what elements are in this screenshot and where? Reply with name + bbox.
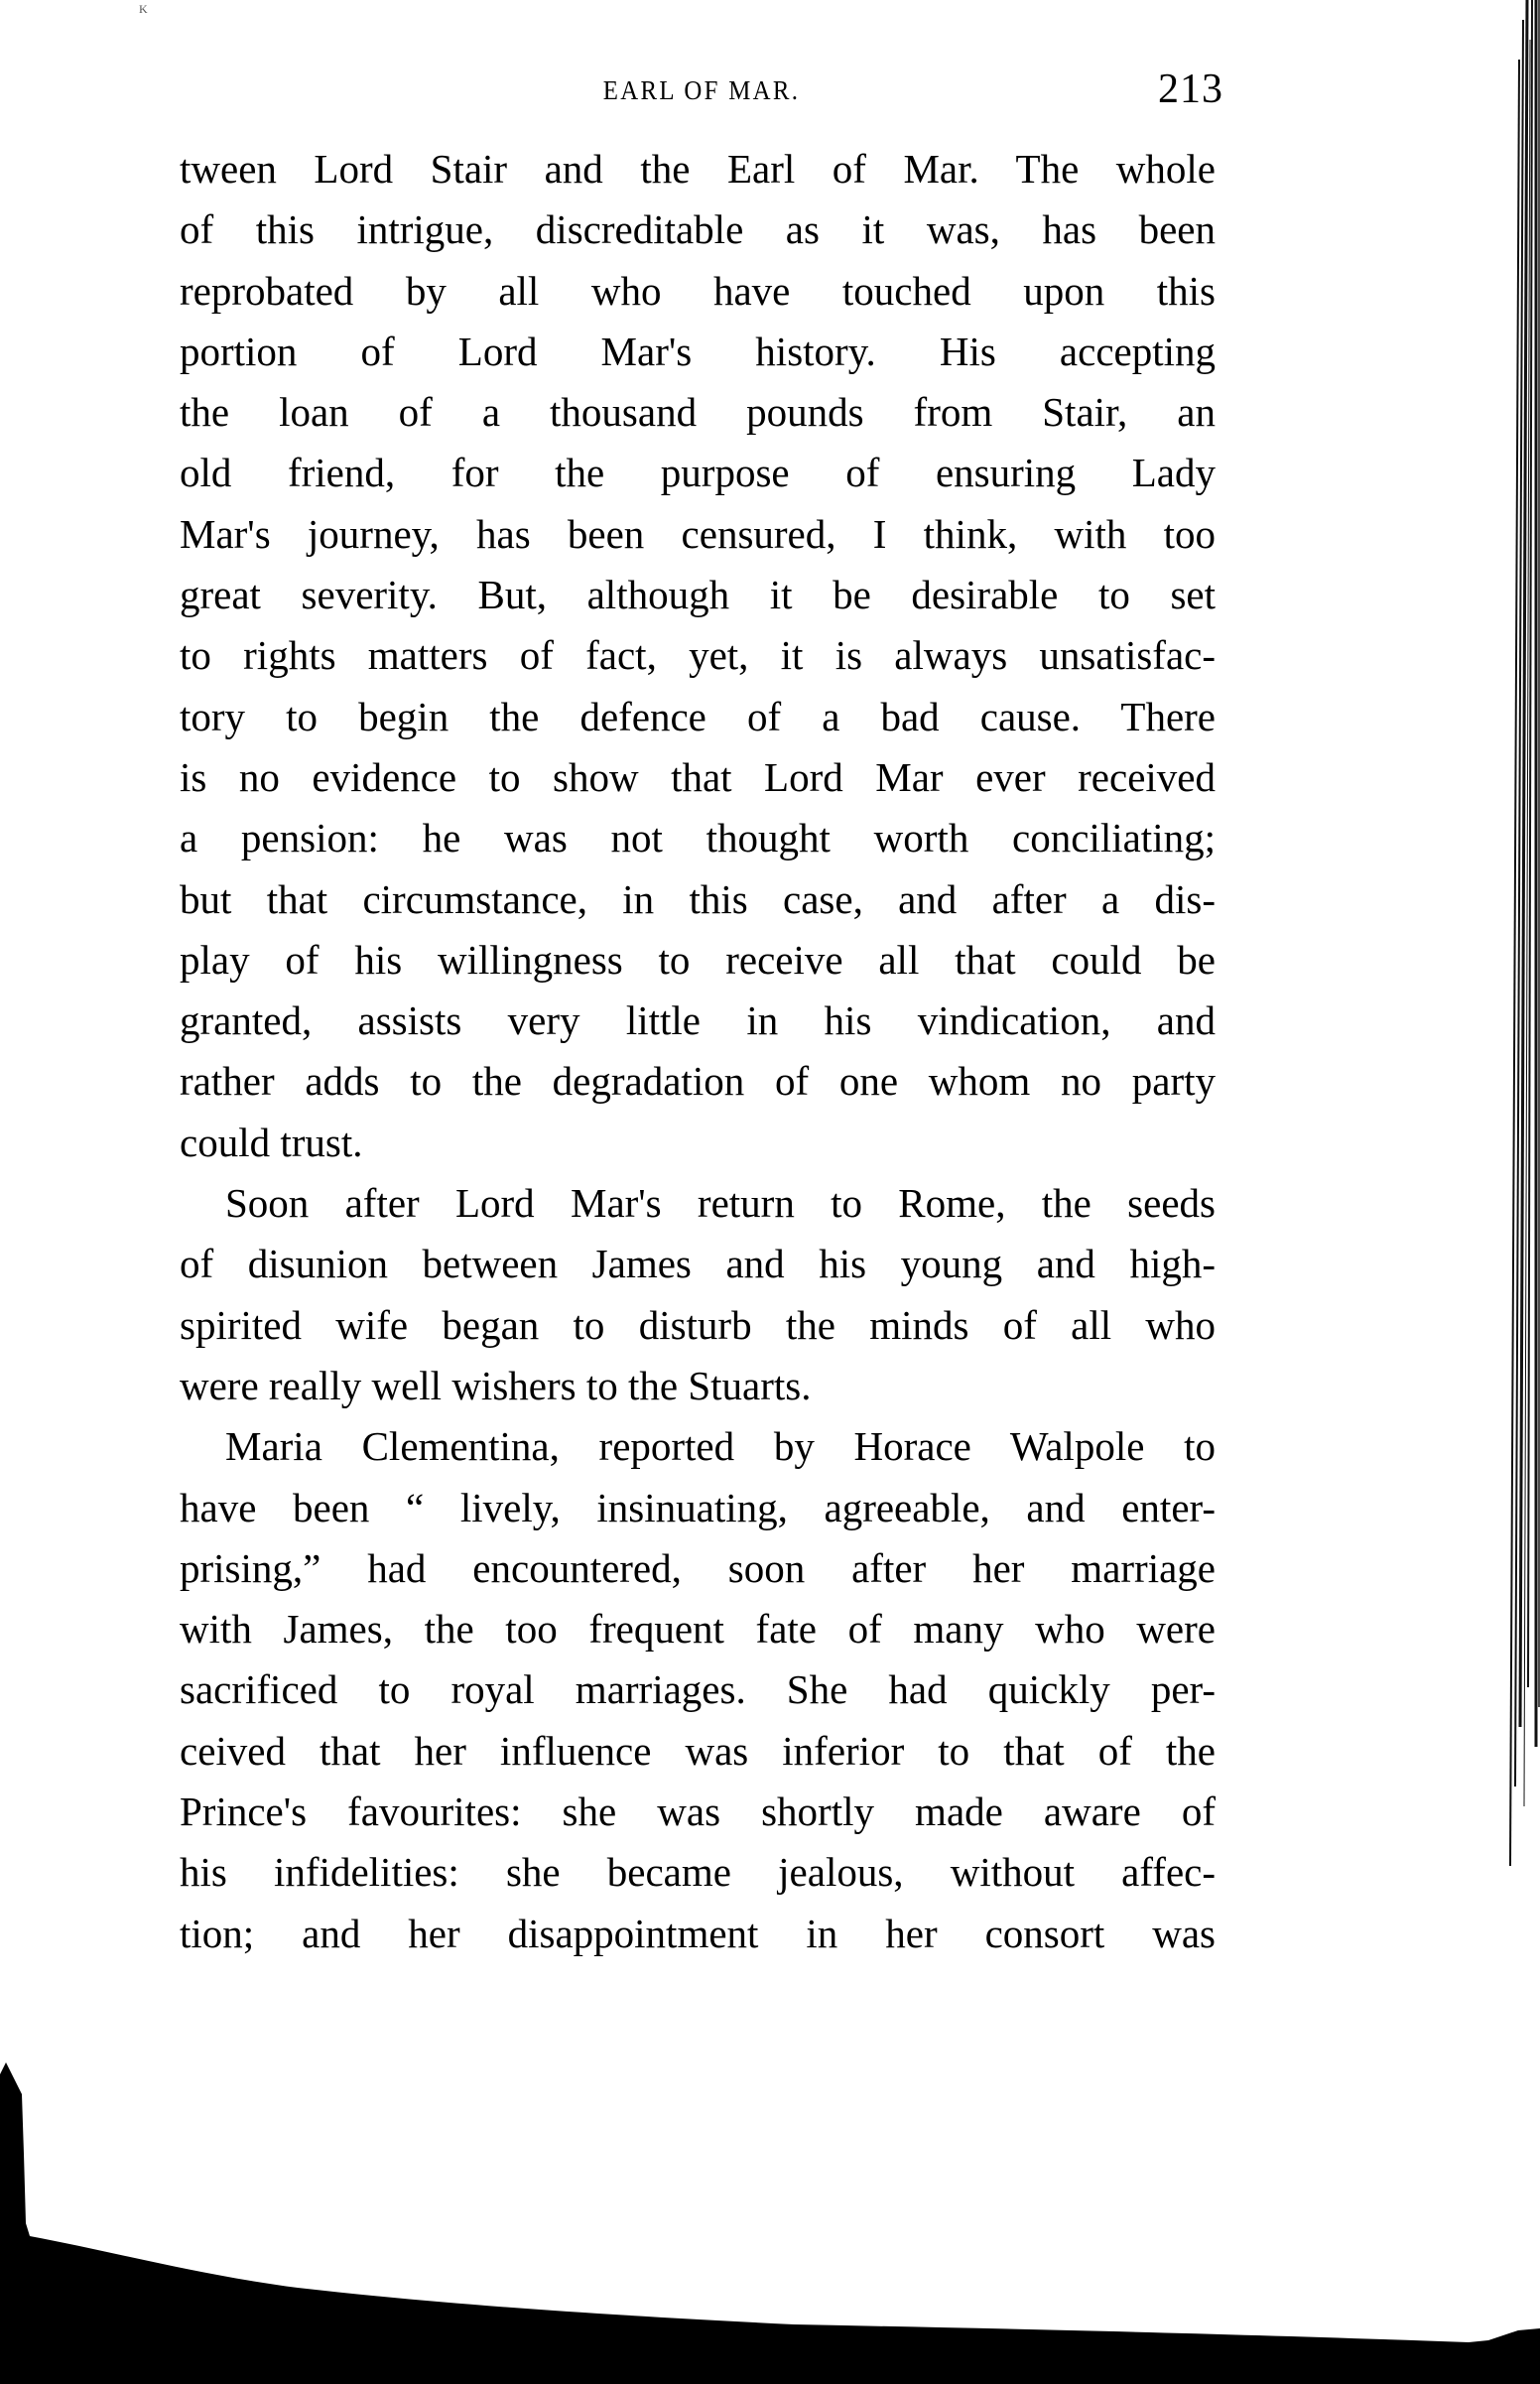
scan-shadow-bottom [0, 2045, 1540, 2384]
paragraph: tween Lord Stair and the Earl of Mar. Th… [180, 139, 1216, 1173]
text-line: old friend, for the purpose of ensuring … [180, 443, 1216, 503]
text-line: of this intrigue, discreditable as it wa… [180, 199, 1216, 260]
paragraph: Maria Clementina, reported by Horace Wal… [180, 1416, 1216, 1964]
text-line: tion; and her disappointment in her cons… [180, 1904, 1216, 1964]
text-line: sacrificed to royal marriages. She had q… [180, 1659, 1216, 1720]
text-line: rather adds to the degradation of one wh… [180, 1051, 1216, 1112]
text-line: portion of Lord Mar's history. His accep… [180, 322, 1216, 382]
text-line: is no evidence to show that Lord Mar eve… [180, 747, 1216, 808]
text-line: ceived that her influence was inferior t… [180, 1721, 1216, 1782]
page-edge-lines-icon [1506, 0, 1540, 1866]
text-line: but that circumstance, in this case, and… [180, 869, 1216, 930]
text-line: Soon after Lord Mar's return to Rome, th… [180, 1173, 1216, 1234]
text-line: were really well wishers to the Stuarts. [180, 1356, 1216, 1416]
book-page: K EARL OF MAR. 213 tween Lord Stair and … [0, 0, 1540, 2384]
text-line: Prince's favourites: she was shortly mad… [180, 1782, 1216, 1842]
text-line: play of his willingness to receive all t… [180, 930, 1216, 991]
text-line: his infidelities: she became jealous, wi… [180, 1842, 1216, 1903]
text-line: great severity. But, although it be desi… [180, 565, 1216, 625]
text-line: granted, assists very little in his vind… [180, 991, 1216, 1051]
text-line: Maria Clementina, reported by Horace Wal… [180, 1416, 1216, 1477]
text-line: prising,” had encountered, soon after he… [180, 1538, 1216, 1599]
text-line: could trust. [180, 1113, 1216, 1173]
running-head: EARL OF MAR. 213 [180, 66, 1223, 113]
scan-artifact-mark: K [139, 2, 161, 16]
text-line: of disunion between James and his young … [180, 1234, 1216, 1294]
text-line: a pension: he was not thought worth conc… [180, 808, 1216, 868]
text-line: tory to begin the defence of a bad cause… [180, 687, 1216, 747]
page-number: 213 [1158, 66, 1223, 113]
paragraph: Soon after Lord Mar's return to Rome, th… [180, 1173, 1216, 1416]
text-line: have been “ lively, insinuating, agreeab… [180, 1478, 1216, 1538]
text-line: with James, the too frequent fate of man… [180, 1599, 1216, 1659]
page-edge-shadow [1506, 0, 1540, 1866]
running-title: EARL OF MAR. [221, 75, 1182, 106]
text-line: Mar's journey, has been censured, I thin… [180, 504, 1216, 565]
body-text: tween Lord Stair and the Earl of Mar. Th… [180, 139, 1216, 1964]
text-line: tween Lord Stair and the Earl of Mar. Th… [180, 139, 1216, 199]
text-line: the loan of a thousand pounds from Stair… [180, 382, 1216, 443]
text-line: to rights matters of fact, yet, it is al… [180, 625, 1216, 686]
text-line: spirited wife began to disturb the minds… [180, 1295, 1216, 1356]
text-line: reprobated by all who have touched upon … [180, 261, 1216, 322]
